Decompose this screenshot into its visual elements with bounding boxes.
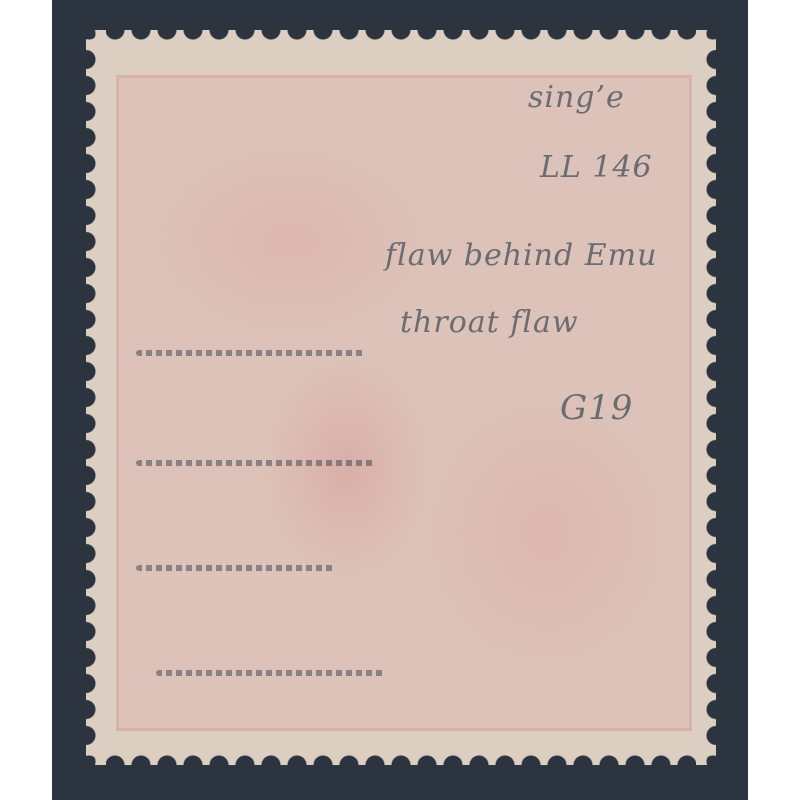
postmark-cancel-line — [136, 565, 336, 571]
pencil-note-single: sing’e — [528, 80, 625, 115]
pencil-note-throat-flaw: throat flaw — [400, 305, 579, 340]
pencil-note-flaw-behind-emu: flaw behind Emu — [385, 238, 657, 273]
pencil-note-plate-position: LL 146 — [540, 150, 653, 185]
postmark-cancel-line — [156, 670, 386, 676]
postmark-cancel-line — [136, 350, 366, 356]
postmark-cancel-line — [136, 460, 376, 466]
pencil-note-catalogue-number: G19 — [560, 388, 633, 428]
